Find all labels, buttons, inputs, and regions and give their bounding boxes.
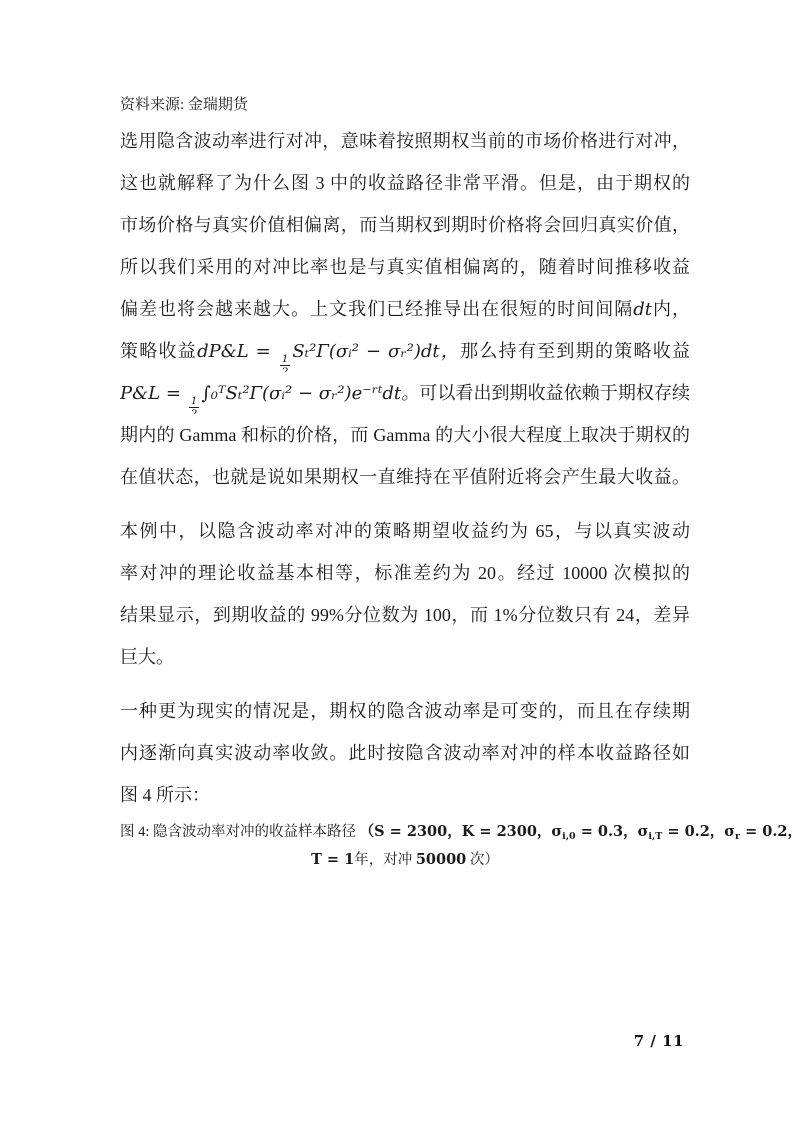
page-content: 资料来源: 金瑞期货 选用隐含波动率进行对冲，意味着按照期权当前的市场价格进行对… — [120, 95, 690, 872]
caption-math: 50000 — [416, 851, 466, 868]
math-segment: dt — [633, 299, 652, 320]
text-segment: 可以看出到期收益依赖于期权存续 — [419, 383, 690, 403]
formula-line: P&L = 12∫₀ᵀSₜ²Γ(σᵢ² − σᵣ²)e⁻ʳᵗdt。可以看出到期收… — [120, 372, 690, 414]
text-line: 巨大。 — [120, 636, 690, 678]
text-line: 所以我们采用的对冲比率也是与真实值相偏离的，随着时间推移收益 — [120, 246, 690, 288]
text-segment: 那么持有至到期的策略收益 — [460, 341, 690, 361]
text-line: 选用隐含波动率进行对冲，意味着按照期权当前的市场价格进行对冲， — [120, 120, 690, 162]
figure-caption: 图 4: 隐含波动率对冲的收益样本路径 （S = 2300，K = 2300，σ… — [120, 820, 690, 872]
text-line: 内逐渐向真实波动率收敛。此时按隐含波动率对冲的样本收益路径如 — [120, 732, 690, 774]
text-line: 在值状态，也就是说如果期权一直维持在平值附近将会产生最大收益。 — [120, 456, 690, 498]
paragraph-1: 选用隐含波动率进行对冲，意味着按照期权当前的市场价格进行对冲， 这也就解释了为什… — [120, 120, 690, 498]
figure-caption-line-1: 图 4: 隐含波动率对冲的收益样本路径 （S = 2300，K = 2300，σ… — [120, 820, 690, 848]
subscript: i,0 — [562, 831, 576, 842]
math-segment: P&L = 12∫₀ᵀSₜ²Γ(σᵢ² − σᵣ²)e⁻ʳᵗdt。 — [120, 383, 419, 404]
caption-math: （S = 2300，K = 2300，σi,0 = 0.3，σi,T = 0.2… — [360, 823, 800, 840]
math-text: dP&L = — [197, 341, 271, 362]
text-segment: 内， — [652, 299, 690, 319]
document-page: 资料来源: 金瑞期货 选用隐含波动率进行对冲，意味着按照期权当前的市场价格进行对… — [0, 0, 800, 1131]
text-line: 市场价格与真实价值相偏离，而当期权到期时价格将会回归真实价值， — [120, 204, 690, 246]
subscript: i,T — [648, 831, 662, 842]
math-text: = 0.2， — [740, 823, 800, 840]
caption-text: 图 4: 隐含波动率对冲的收益样本路径 — [120, 824, 360, 840]
caption-math: T = 1 — [311, 851, 354, 868]
formula-line: 策略收益dP&L = 12Sₜ²Γ(σᵢ² − σᵣ²)dt，那么持有至到期的策… — [120, 330, 690, 372]
text-segment: 策略收益 — [120, 341, 197, 361]
text-line: 一种更为现实的情况是，期权的隐含波动率是可变的，而且在存续期 — [120, 690, 690, 732]
text-line: 偏差也将会越来越大。上文我们已经推导出在很短的时间间隔dt内， — [120, 288, 690, 330]
fraction: 12 — [189, 395, 200, 414]
page-number: 7 / 11 — [634, 1032, 684, 1050]
fraction-numerator: 1 — [189, 395, 200, 408]
math-text: = 0.2，σ — [662, 823, 735, 840]
math-text: （S = 2300，K = 2300，σ — [360, 823, 562, 840]
math-text: ∫₀ᵀSₜ²Γ(σᵢ² − σᵣ²)e⁻ʳᵗdt。 — [201, 383, 419, 404]
math-text: Sₜ²Γ(σᵢ² − σᵣ²)dt， — [292, 341, 460, 362]
text-line: 这也就解释了为什么图 3 中的收益路径非常平滑。但是，由于期权的 — [120, 162, 690, 204]
math-segment: dP&L = 12Sₜ²Γ(σᵢ² − σᵣ²)dt， — [197, 341, 460, 362]
caption-text: 次） — [466, 852, 499, 868]
paragraph-2: 本例中，以隐含波动率对冲的策略期望收益约为 65，与以真实波动 率对冲的理论收益… — [120, 510, 690, 678]
text-line: 期内的 Gamma 和标的价格，而 Gamma 的大小很大程度上取决于期权的 — [120, 414, 690, 456]
text-line: 结果显示，到期收益的 99%分位数为 100，而 1%分位数只有 24，差异 — [120, 594, 690, 636]
math-text: = 0.3，σ — [576, 823, 649, 840]
text-line: 率对冲的理论收益基本相等，标准差约为 20。经过 10000 次模拟的 — [120, 552, 690, 594]
caption-text: 年，对冲 — [354, 852, 416, 868]
fraction-numerator: 1 — [280, 353, 291, 366]
source-note: 资料来源: 金瑞期货 — [120, 95, 690, 115]
text-line: 图 4 所示： — [120, 774, 690, 816]
text-segment: 偏差也将会越来越大。上文我们已经推导出在很短的时间间隔 — [120, 299, 633, 319]
paragraph-3: 一种更为现实的情况是，期权的隐含波动率是可变的，而且在存续期 内逐渐向真实波动率… — [120, 690, 690, 816]
text-line: 本例中，以隐含波动率对冲的策略期望收益约为 65，与以真实波动 — [120, 510, 690, 552]
figure-caption-line-2: T = 1年，对冲 50000 次） — [120, 848, 690, 872]
fraction: 12 — [280, 353, 291, 372]
math-text: P&L = — [120, 383, 181, 404]
